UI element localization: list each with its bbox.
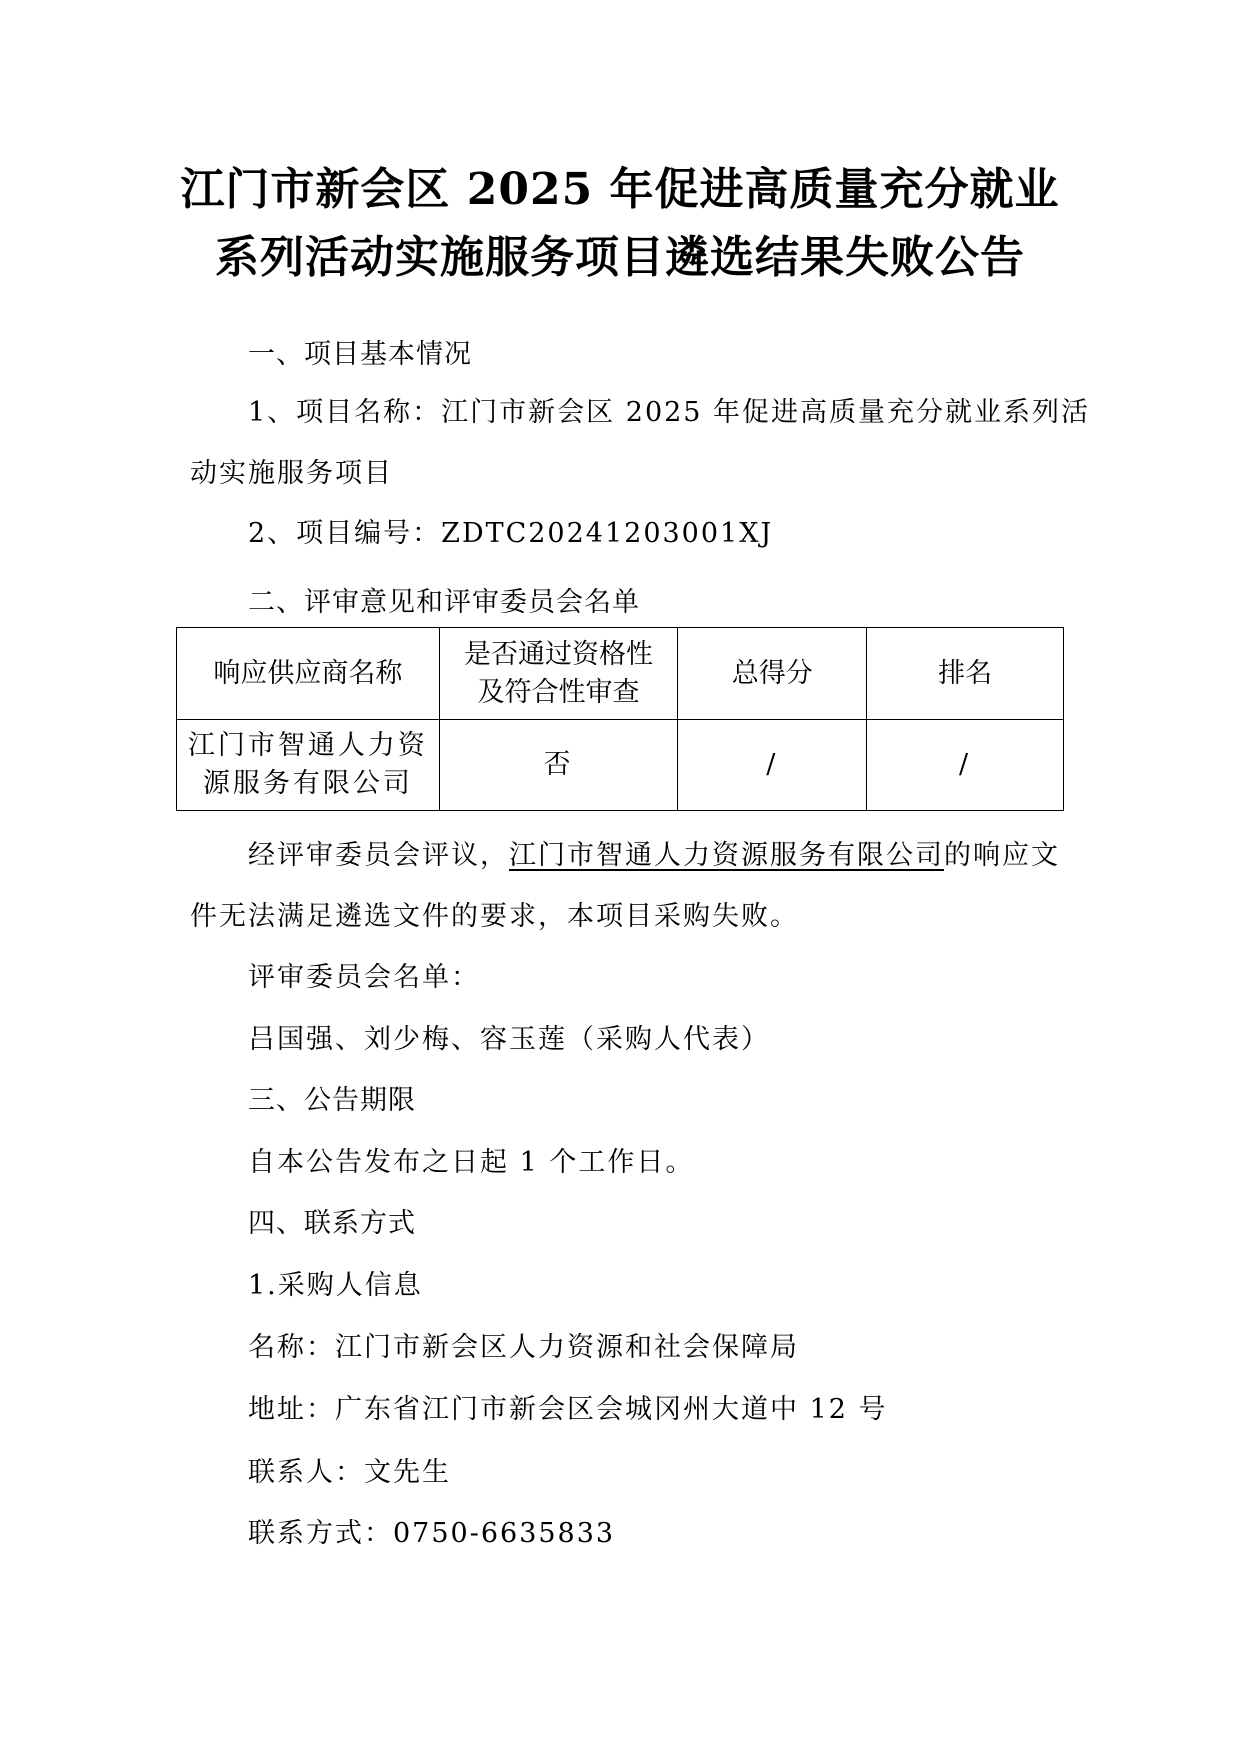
purchaser-contact-person: 联系人：文先生 [248, 1455, 451, 1491]
review-opinion-line-2: 件无法满足遴选文件的要求，本项目采购失败。 [190, 899, 799, 935]
document-title-line-2: 系列活动实施服务项目遴选结果失败公告 [150, 228, 1090, 288]
section4-heading: 四、联系方式 [248, 1206, 416, 1242]
opinion-suffix: 的响应文 [944, 840, 1060, 871]
section1-heading: 一、项目基本情况 [248, 337, 472, 373]
purchaser-name: 名称：江门市新会区人力资源和社会保障局 [248, 1330, 799, 1366]
purchaser-phone: 联系方式：0750-6635833 [248, 1516, 615, 1552]
opinion-company: 江门市智通人力资源服务有限公司 [509, 840, 944, 871]
header-supplier-name: 响应供应商名称 [177, 628, 440, 720]
purchaser-info-label: 1.采购人信息 [248, 1268, 423, 1304]
cell-passed: 否 [439, 720, 678, 811]
cell-rank: / [867, 720, 1064, 811]
header-rank: 排名 [867, 628, 1064, 720]
project-number: 2、项目编号：ZDTC20241203001XJ [248, 516, 773, 552]
purchaser-address: 地址：广东省江门市新会区会城冈州大道中 12 号 [248, 1392, 888, 1428]
opinion-prefix: 经评审委员会评议， [248, 840, 509, 871]
header-qualification-line-2: 及符合性审查 [440, 674, 678, 712]
committee-label: 评审委员会名单： [248, 960, 480, 996]
table-row: 江门市智通人力资 源服务有限公司 否 / / [177, 720, 1064, 811]
document-title-line-1: 江门市新会区 2025 年促进高质量充分就业 [150, 160, 1090, 220]
project-name-line-2: 动实施服务项目 [190, 456, 393, 492]
header-total-score: 总得分 [678, 628, 867, 720]
table-header-row: 响应供应商名称 是否通过资格性 及符合性审查 总得分 排名 [177, 628, 1064, 720]
review-opinion-line-1: 经评审委员会评议，江门市智通人力资源服务有限公司的响应文 [248, 838, 1060, 874]
committee-members: 吕国强、刘少梅、容玉莲（采购人代表） [248, 1022, 770, 1058]
document-page: 江门市新会区 2025 年促进高质量充分就业 系列活动实施服务项目遴选结果失败公… [0, 0, 1240, 1753]
cell-total-score: / [678, 720, 867, 811]
header-qualification-review: 是否通过资格性 及符合性审查 [439, 628, 678, 720]
cell-supplier-name: 江门市智通人力资 源服务有限公司 [177, 720, 440, 811]
announcement-period-text: 自本公告发布之日起 1 个工作日。 [248, 1145, 694, 1181]
section2-heading: 二、评审意见和评审委员会名单 [248, 585, 640, 621]
header-qualification-line-1: 是否通过资格性 [440, 636, 678, 674]
supplier-name-line-1: 江门市智通人力资 [177, 727, 439, 765]
project-name-line-1: 1、项目名称：江门市新会区 2025 年促进高质量充分就业系列活 [248, 395, 1090, 431]
supplier-name-line-2: 源服务有限公司 [177, 765, 439, 803]
review-results-table: 响应供应商名称 是否通过资格性 及符合性审查 总得分 排名 江门市智通人力资 源… [176, 627, 1064, 811]
section3-heading: 三、公告期限 [248, 1083, 416, 1119]
